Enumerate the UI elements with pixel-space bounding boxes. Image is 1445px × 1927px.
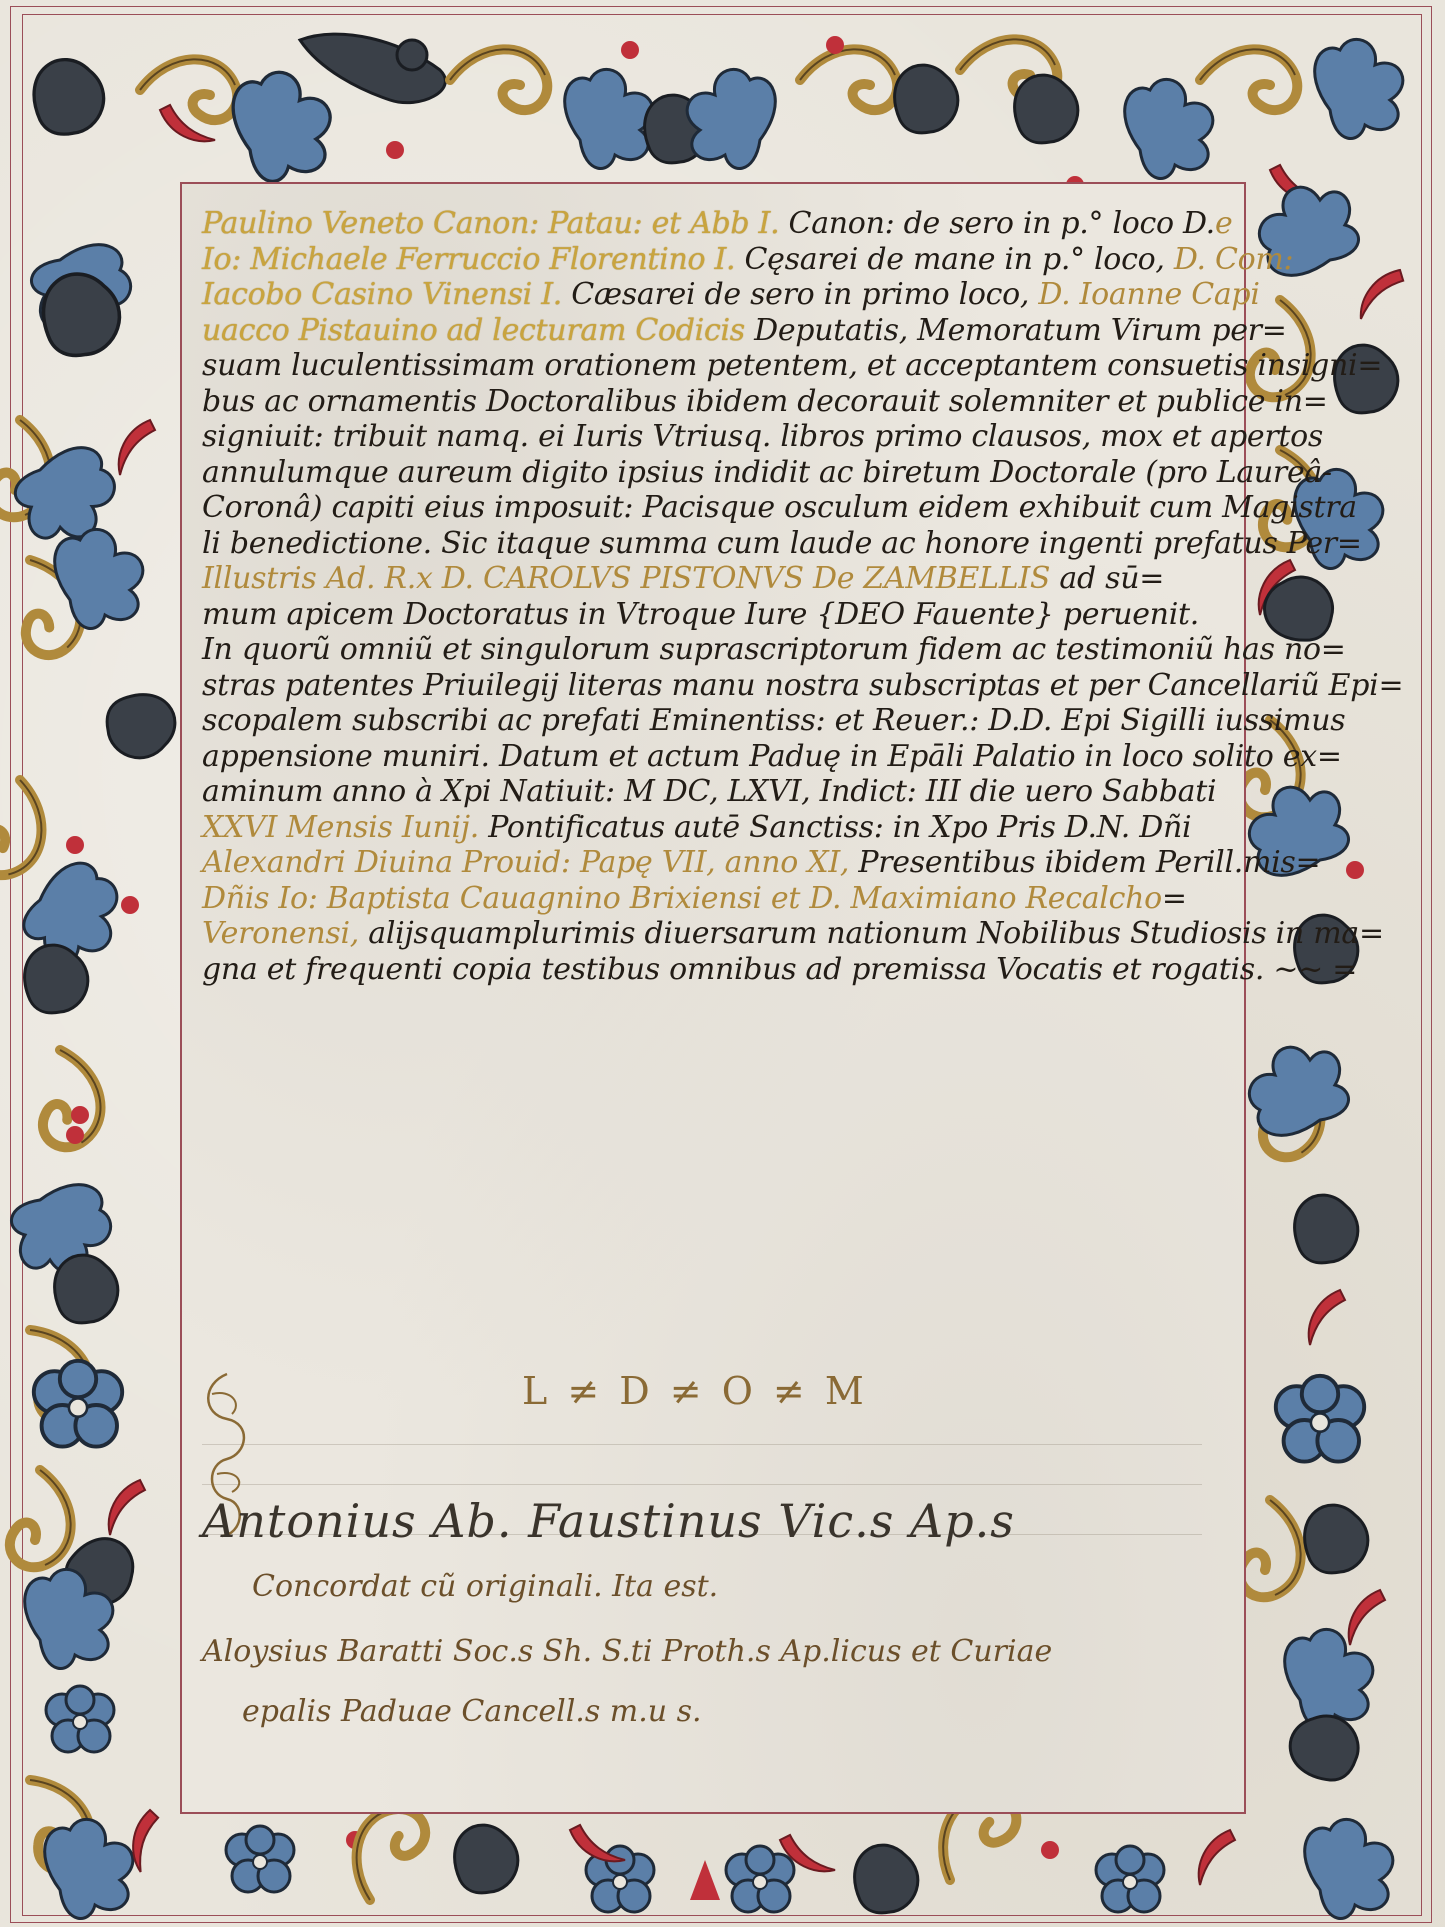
ruling-line — [202, 1444, 1202, 1445]
manuscript-line: mum apicem Doctoratus in Vtroque Iure {D… — [202, 597, 1222, 633]
line-suffix: = — [1378, 668, 1403, 703]
black-ink-text: signiuit: tribuit namq. ei Iuris Vtriusq… — [202, 419, 1323, 454]
manuscript-line: Dñis Io: Baptista Cauagnino Brixiensi et… — [202, 881, 1222, 917]
black-ink-text: suam luculentissimam orationem petentem,… — [202, 348, 1357, 383]
black-ink-text: li benedictione. Sic itaque summa cum la… — [202, 526, 1337, 561]
attestation-line-1: Concordat cũ originali. Ita est. — [252, 1569, 718, 1604]
line-suffix: = — [1296, 845, 1321, 880]
line-suffix: = — [1357, 348, 1382, 383]
attestation-line-3: epalis Paduae Cancell.s m.u s. — [242, 1694, 702, 1729]
gold-ink-text: Alexandri Diuina Prouid: Papę VII, anno … — [202, 845, 849, 880]
black-ink-text: aminum anno à Xpi Natiuit: M DC, LXVI, I… — [202, 774, 1216, 809]
line-suffix: = — [1162, 881, 1187, 916]
gold-ink-text: Paulino Veneto Canon: Patau: et Abb I. — [202, 206, 779, 241]
black-ink-text: Coronâ) capiti eius imposuit: Pacisque o… — [202, 490, 1357, 525]
manuscript-line: signiuit: tribuit namq. ei Iuris Vtriusq… — [202, 419, 1222, 455]
black-ink-text: scopalem subscribi ac prefati Eminentiss… — [202, 703, 1345, 738]
line-suffix: ~~ = — [1264, 952, 1357, 987]
manuscript-line: scopalem subscribi ac prefati Eminentiss… — [202, 703, 1222, 739]
gold-ink-text: Dñis Io: Baptista Cauagnino Brixiensi et… — [202, 881, 1162, 916]
line-suffix: - — [1322, 455, 1332, 490]
line-suffix: = — [1337, 526, 1362, 561]
diploma-body-text: Paulino Veneto Canon: Patau: et Abb I. C… — [202, 206, 1222, 987]
left-border-ornament — [0, 245, 175, 1880]
manuscript-line: li benedictione. Sic itaque summa cum la… — [202, 526, 1222, 562]
manuscript-line: suam luculentissimam orationem petentem,… — [202, 348, 1222, 384]
black-ink-text: Cæsarei de sero in primo loco, — [562, 277, 1038, 312]
text-frame: Paulino Veneto Canon: Patau: et Abb I. C… — [180, 182, 1246, 1814]
top-border-ornament — [34, 34, 1403, 201]
manuscript-line: annulumque aureum digito ipsius indidit … — [202, 455, 1222, 491]
black-ink-text: Canon: de sero in p.° loco D. — [779, 206, 1215, 241]
black-ink-text: In quorũ omniũ et singulorum suprascript… — [202, 632, 1321, 667]
black-ink-text: gna et frequenti copia testibus omnibus … — [202, 952, 1264, 987]
black-ink-text: mum apicem Doctoratus in Vtroque Iure {D… — [202, 597, 1199, 632]
line-suffix: D. Com: — [1174, 242, 1294, 277]
line-suffix: = — [1321, 632, 1346, 667]
line-suffix: = — [1139, 561, 1164, 596]
black-ink-text: Pontificatus autē Sanctiss: in Xpo Pris … — [479, 810, 1191, 845]
line-suffix: = — [1303, 384, 1328, 419]
black-ink-text: Deputatis, Memoratum Virum per — [754, 313, 1262, 348]
manuscript-line: Io: Michaele Ferruccio Florentino I. Cęs… — [202, 242, 1222, 278]
gold-ink-text: Illustris Ad. R.x D. CAROLVS PISTONVS De… — [202, 561, 1050, 596]
manuscript-line: In quorũ omniũ et singulorum suprascript… — [202, 632, 1222, 668]
gold-ink-text: Io: Michaele Ferruccio Florentino I. — [202, 242, 735, 277]
ruling-line — [202, 1484, 1202, 1485]
black-ink-text: bus ac ornamentis Doctoralibus ibidem de… — [202, 384, 1303, 419]
black-ink-text: stras patentes Priuilegij literas manu n… — [202, 668, 1378, 703]
gold-ink-text: Iacobo Casino Vinensi I. — [202, 277, 562, 312]
signature-vicar: Antonius Ab. Faustinus Vic.s Ap.s — [202, 1494, 1015, 1548]
closing-monogram: L ≠ D ≠ O ≠ M — [522, 1369, 868, 1413]
black-ink-text: annulumque aureum digito ipsius indidit … — [202, 455, 1322, 490]
manuscript-page: Paulino Veneto Canon: Patau: et Abb I. C… — [0, 0, 1445, 1927]
gold-ink-text: XXVI Mensis Iunij. — [202, 810, 479, 845]
manuscript-line: stras patentes Priuilegij literas manu n… — [202, 668, 1222, 704]
manuscript-line: Illustris Ad. R.x D. CAROLVS PISTONVS De… — [202, 561, 1222, 597]
black-ink-text: Cęsarei de mane in p.° loco, — [735, 242, 1174, 277]
manuscript-line: XXVI Mensis Iunij. Pontificatus autē San… — [202, 810, 1222, 846]
manuscript-line: aminum anno à Xpi Natiuit: M DC, LXVI, I… — [202, 774, 1222, 810]
manuscript-line: uacco Pistauino ad lecturam Codicis Depu… — [202, 313, 1222, 349]
gold-ink-text: Veronensi, — [202, 916, 359, 951]
gold-ink-text: uacco Pistauino ad lecturam Codicis — [202, 313, 754, 348]
manuscript-line: gna et frequenti copia testibus omnibus … — [202, 952, 1222, 988]
line-suffix: e — [1215, 206, 1232, 241]
manuscript-line: Paulino Veneto Canon: Patau: et Abb I. C… — [202, 206, 1222, 242]
black-ink-text: appensione muniri. Datum et actum Paduę … — [202, 739, 1317, 774]
line-suffix: = — [1317, 739, 1342, 774]
line-suffix: = — [1359, 916, 1384, 951]
black-ink-text: ad sū — [1050, 561, 1139, 596]
manuscript-line: Coronâ) capiti eius imposuit: Pacisque o… — [202, 490, 1222, 526]
black-ink-text: alijsquamplurimis diuersarum nationum No… — [359, 916, 1359, 951]
manuscript-line: Iacobo Casino Vinensi I. Cæsarei de sero… — [202, 277, 1222, 313]
manuscript-line: appensione muniri. Datum et actum Paduę … — [202, 739, 1222, 775]
attestation-line-2: Aloysius Baratti Soc.s Sh. S.ti Proth.s … — [202, 1634, 1052, 1669]
line-suffix: D. Ioanne Capi — [1038, 277, 1259, 312]
manuscript-line: Alexandri Diuina Prouid: Papę VII, anno … — [202, 845, 1222, 881]
manuscript-line: bus ac ornamentis Doctoralibus ibidem de… — [202, 384, 1222, 420]
line-suffix: = — [1262, 313, 1287, 348]
black-ink-text: Presentibus ibidem Perill.mis — [849, 845, 1295, 880]
manuscript-line: Veronensi, alijsquamplurimis diuersarum … — [202, 916, 1222, 952]
